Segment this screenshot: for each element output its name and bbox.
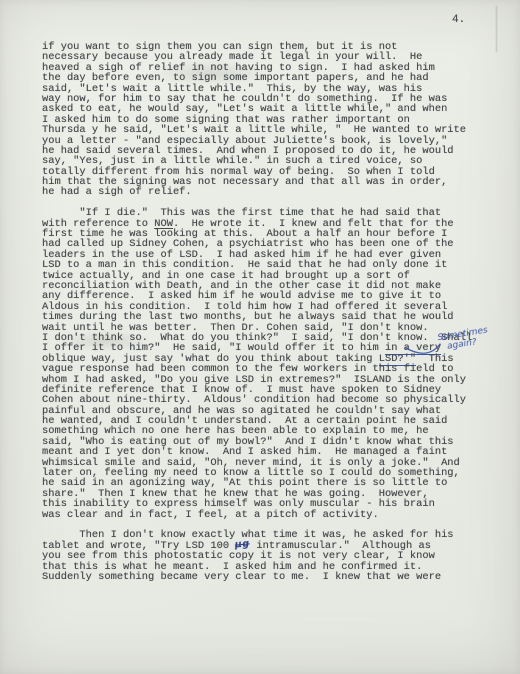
text-line: Thursda y he said, "Let's wait a little … xyxy=(42,125,508,135)
text-line: the day before even, to sign some import… xyxy=(42,73,508,83)
text-line: you see from this photostatic copy it is… xyxy=(42,551,508,561)
text-line: Suddenly something became very clear to … xyxy=(42,572,508,582)
text-line: vague response had been common to the fe… xyxy=(42,364,508,374)
text-line: times during the last two months, but he… xyxy=(42,312,508,322)
typewritten-text: if you want to sign them you can sign th… xyxy=(42,42,508,582)
text-line: he had a sigh of relief. xyxy=(42,187,508,197)
text-line: was clear and in fact, I feel, at a pitc… xyxy=(42,510,508,520)
handwritten-insert: µg xyxy=(235,539,251,551)
page-number: 4. xyxy=(452,14,465,26)
document-page: 4. if you want to sign them you can sign… xyxy=(0,0,520,674)
